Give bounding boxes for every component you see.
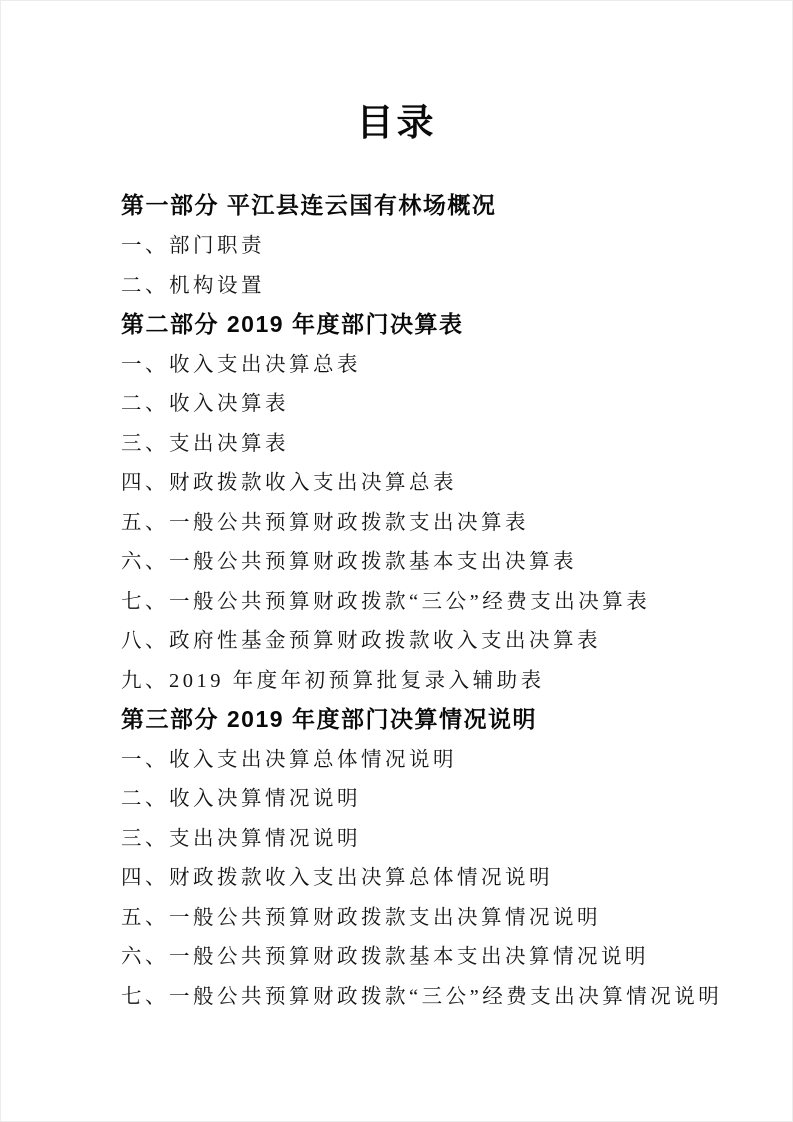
- toc-section-heading-part3: 第三部分 2019 年度部门决算情况说明: [121, 698, 742, 738]
- toc-entry: 四、财政拨款收入支出决算总体情况说明: [121, 856, 742, 896]
- toc-entry: 五、一般公共预算财政拨款支出决算情况说明: [121, 895, 742, 935]
- toc-entry: 七、一般公共预算财政拨款“三公”经费支出决算情况说明: [121, 974, 742, 1014]
- toc-entry: 六、一般公共预算财政拨款基本支出决算情况说明: [121, 935, 742, 975]
- toc-entry: 一、部门职责: [121, 224, 742, 264]
- toc-entry: 一、收入支出决算总体情况说明: [121, 737, 742, 777]
- table-of-contents: 第一部分 平江县连云国有林场概况 一、部门职责 二、机构设置 第二部分 2019…: [121, 184, 742, 1014]
- toc-section-heading-part1: 第一部分 平江县连云国有林场概况: [121, 184, 742, 224]
- toc-entry: 三、支出决算表: [121, 421, 742, 461]
- toc-entry: 九、2019 年度年初预算批复录入辅助表: [121, 658, 742, 698]
- toc-entry: 七、一般公共预算财政拨款“三公”经费支出决算表: [121, 579, 742, 619]
- toc-entry: 二、收入决算表: [121, 382, 742, 422]
- document-page: 目录 第一部分 平江县连云国有林场概况 一、部门职责 二、机构设置 第二部分 2…: [0, 0, 793, 1122]
- toc-entry: 二、收入决算情况说明: [121, 777, 742, 817]
- toc-entry: 三、支出决算情况说明: [121, 816, 742, 856]
- toc-entry: 一、收入支出决算总表: [121, 342, 742, 382]
- toc-entry: 六、一般公共预算财政拨款基本支出决算表: [121, 540, 742, 580]
- toc-entry: 二、机构设置: [121, 263, 742, 303]
- toc-entry: 五、一般公共预算财政拨款支出决算表: [121, 500, 742, 540]
- toc-section-heading-part2: 第二部分 2019 年度部门决算表: [121, 303, 742, 343]
- page-title: 目录: [1, 97, 792, 149]
- toc-entry: 八、政府性基金预算财政拨款收入支出决算表: [121, 619, 742, 659]
- toc-entry: 四、财政拨款收入支出决算总表: [121, 461, 742, 501]
